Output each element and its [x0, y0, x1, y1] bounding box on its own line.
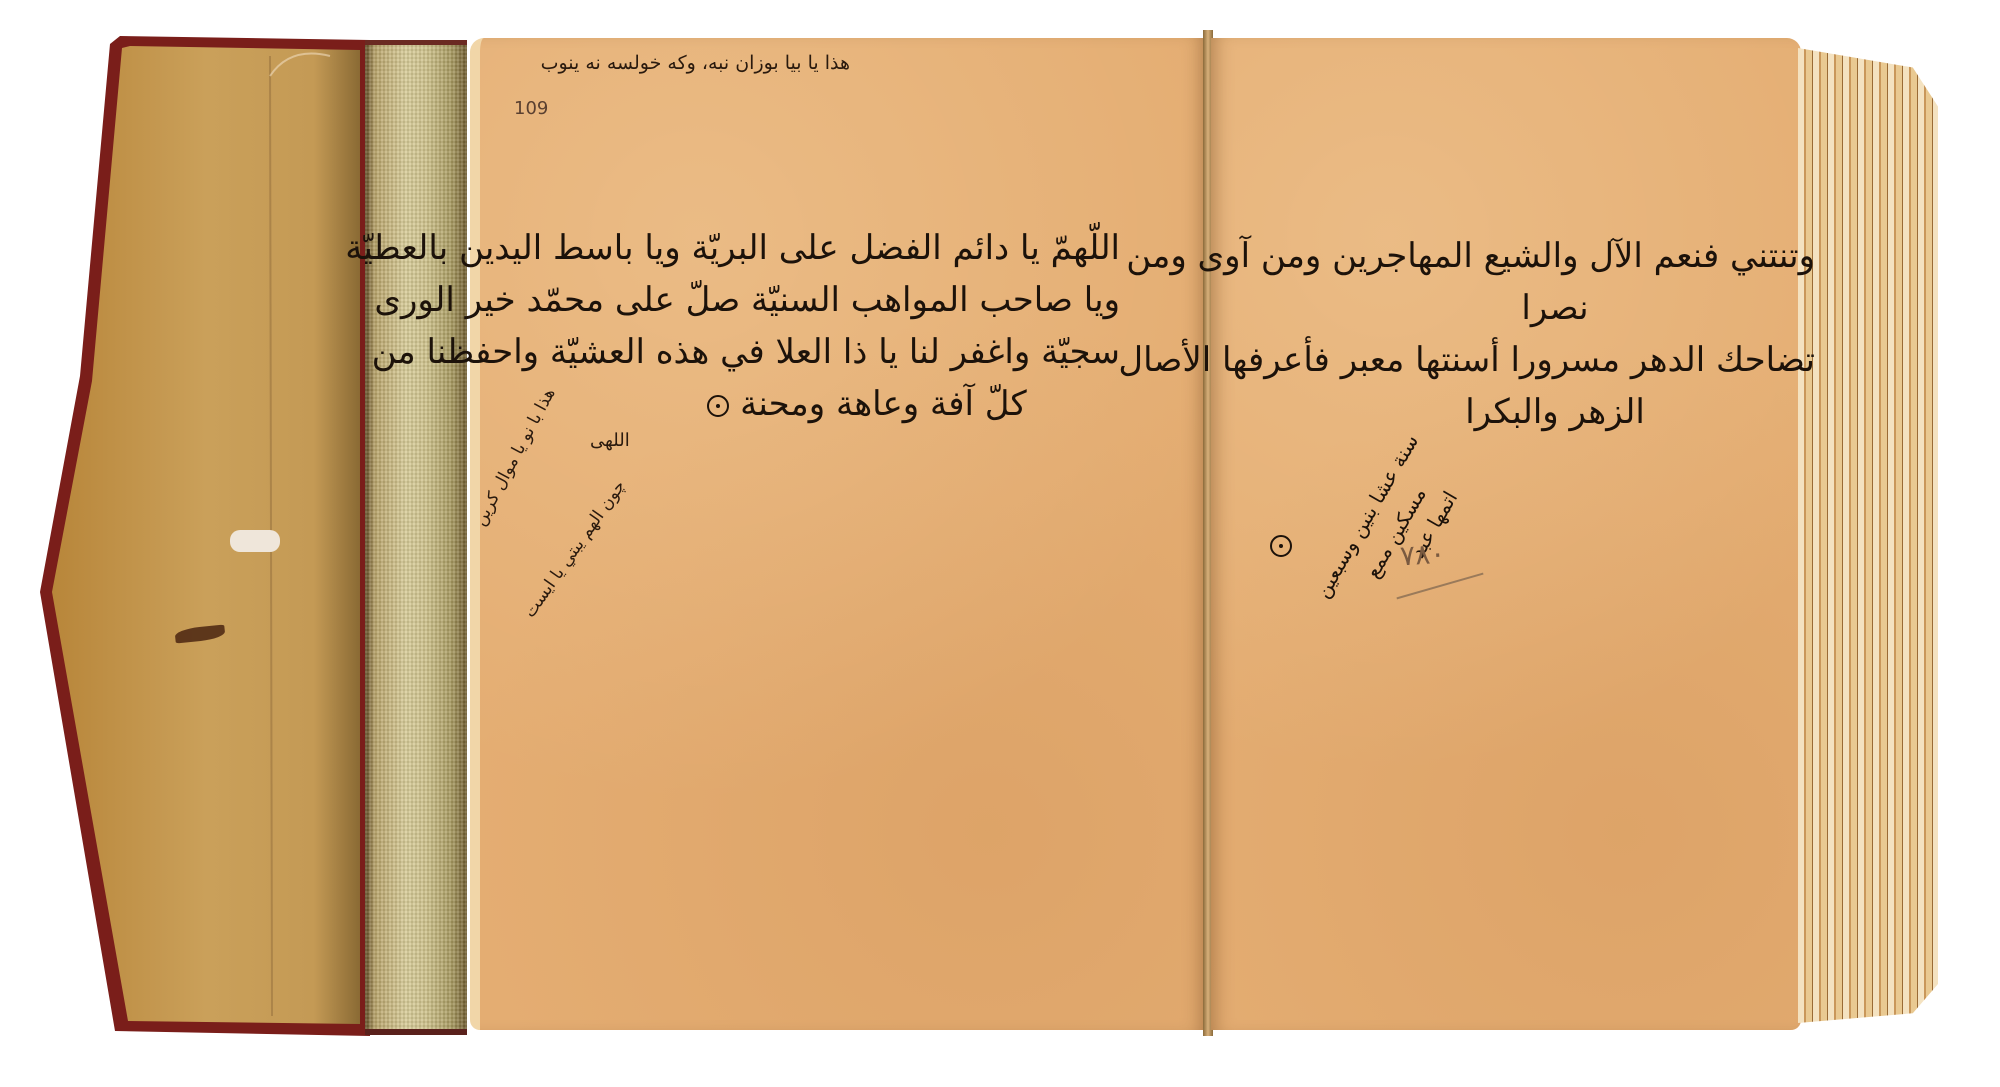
text-line-content: كلّ آفة وعاهة ومحنة — [740, 384, 1027, 424]
page-edges — [1798, 48, 1938, 1023]
text-line: كلّ آفة وعاهة ومحنة — [600, 378, 1120, 430]
folio-number: 109 — [514, 98, 548, 119]
text-line: تضاحك الدهر مسرورا أسنتها معبر فأعرفها ا… — [1295, 334, 1815, 386]
colophon-end-mark-icon — [1270, 535, 1292, 557]
text-line: نصرا — [1295, 282, 1815, 334]
top-margin-note: هذا يا بيا بوزان نبه، وكه خولسه نه ينوب — [490, 52, 850, 74]
binding-flap — [40, 36, 370, 1036]
verse-end-mark-icon — [707, 395, 729, 417]
flap-stain — [230, 530, 280, 552]
text-line: ويا صاحب المواهب السنيّة صلّ على محمّد خ… — [600, 274, 1120, 326]
text-line: سجيّة واغفر لنا يا ذا العلا في هذه العشي… — [600, 326, 1120, 378]
text-line: اللّهمّ يا دائم الفضل على البريّة ويا با… — [600, 222, 1120, 274]
margin-label: اللهى — [590, 430, 630, 451]
colophon-triangle: اتمها عبد مسكين ممع سنة عشا بنين وسبعين — [1265, 430, 1505, 590]
catalog-number: ٧٨٠ — [1399, 536, 1446, 572]
spine-cloth — [365, 40, 467, 1035]
right-main-text: وتنتني فنعم الآل والشيع المهاجرين ومن آو… — [1295, 230, 1815, 438]
flap-shape-icon — [40, 36, 370, 1036]
text-line: وتنتني فنعم الآل والشيع المهاجرين ومن آو… — [1295, 230, 1815, 282]
left-main-text: اللّهمّ يا دائم الفضل على البريّة ويا با… — [600, 222, 1120, 430]
